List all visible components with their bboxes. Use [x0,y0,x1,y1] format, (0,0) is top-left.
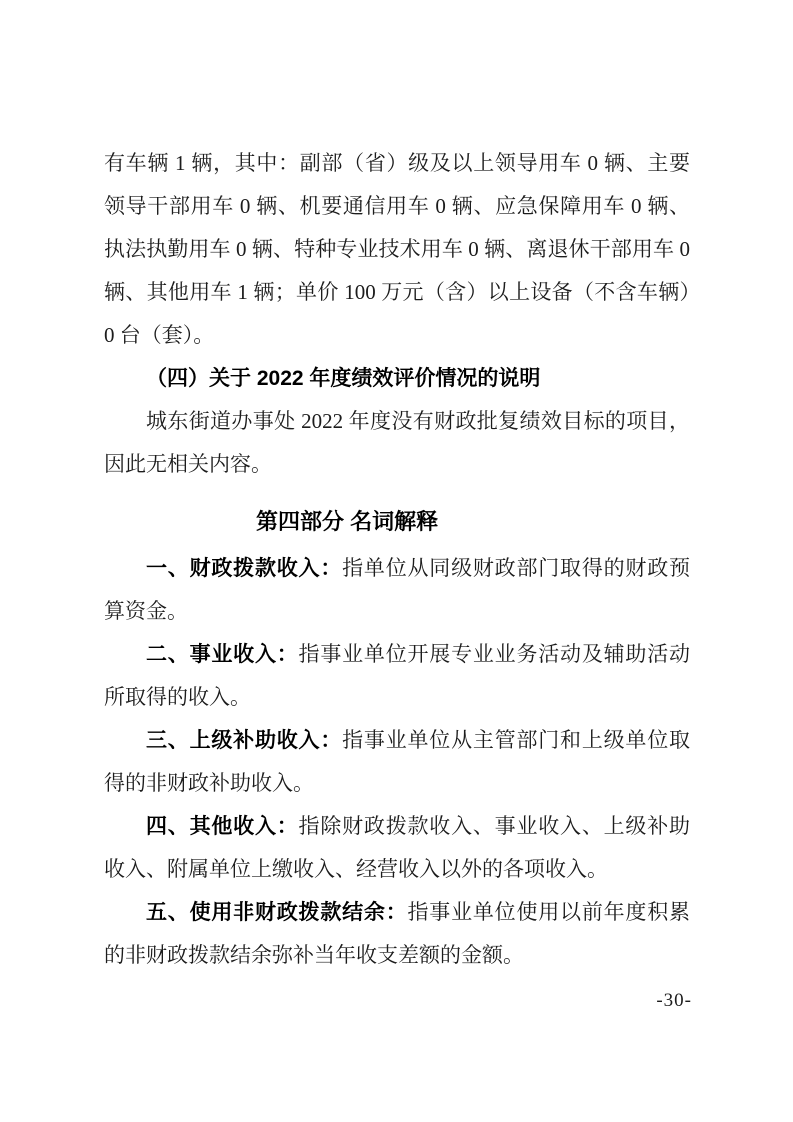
page-number: -30- [656,990,692,1012]
definition-item-other-income: 四、其他收入：指除财政拨款收入、事业收入、上级补助收入、附属单位上缴收入、经营收… [104,805,690,891]
paragraph-vehicle-counts: 有车辆 1 辆，其中：副部（省）级及以上领导用车 0 辆、主要领导干部用车 0 … [104,142,690,357]
paragraph-performance-note: 城东街道办事处 2022 年度没有财政批复绩效目标的项目，因此无相关内容。 [104,400,690,486]
subheading-performance-evaluation: （四）关于 2022 年度绩效评价情况的说明 [104,357,690,400]
definition-term: 二、事业收入： [146,643,299,666]
definition-term: 三、上级补助收入： [146,729,342,752]
definition-item-fiscal-appropriation-income: 一、财政拨款收入：指单位从同级财政部门取得的财政预算资金。 [104,547,690,633]
definition-item-operational-income: 二、事业收入：指事业单位开展专业业务活动及辅助活动所取得的收入。 [104,633,690,719]
section-heading-part-four: 第四部分 名词解释 [256,499,690,544]
page-content: 有车辆 1 辆，其中：副部（省）级及以上领导用车 0 辆、主要领导干部用车 0 … [104,142,690,977]
definition-item-superior-subsidy-income: 三、上级补助收入：指事业单位从主管部门和上级单位取得的非财政补助收入。 [104,719,690,805]
definition-term: 一、财政拨款收入： [146,557,342,580]
definition-item-non-fiscal-carryover: 五、使用非财政拨款结余：指事业单位使用以前年度积累的非财政拨款结余弥补当年收支差… [104,891,690,977]
definition-term: 五、使用非财政拨款结余： [146,901,408,924]
document-page: 有车辆 1 辆，其中：副部（省）级及以上领导用车 0 辆、主要领导干部用车 0 … [0,0,793,1122]
definition-term: 四、其他收入： [146,815,299,838]
